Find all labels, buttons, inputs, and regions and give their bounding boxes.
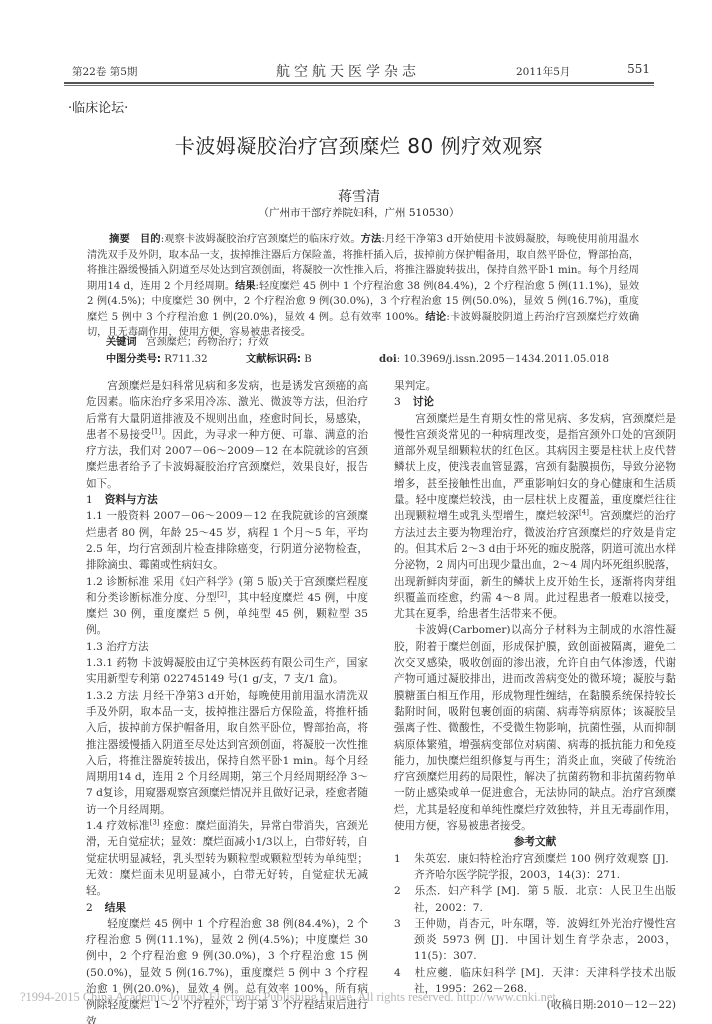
article-title: 卡波姆凝胶治疗宫颈糜烂 80 例疗效观察 (64, 130, 654, 159)
objective-text: :观察卡波姆凝胶治疗宫颈糜烂的临床疗效。 (161, 234, 361, 245)
citation-3: [3] (150, 818, 160, 826)
column-tag: ·临床论坛· (68, 97, 128, 116)
discussion-paragraph-2: 卡波姆(Carbomer)以高分子材料为主制成的水溶性凝胶，附着于糜烂创面，形成… (394, 622, 676, 834)
keywords-value: 宫颈糜烂；药物治疗；疗效 (146, 337, 268, 348)
reference-item: 2乐杰．妇产科学 [M]．第 5 版．北京：人民卫生出版社，2002：7. (394, 883, 676, 916)
intro-paragraph: 宫颈糜烂是妇科常见病和多发病，也是诱发宫颈癌的高危因素。临床治疗多采用冷冻、激光… (86, 378, 368, 492)
clc-number: 中图分类号: R711.32 (106, 350, 208, 365)
section-1-2: 1.2 诊断标准 采用《妇产科学》(第 5 版)关于宫颈糜烂程度和分类诊断标准分… (86, 574, 368, 639)
page-number: 551 (627, 62, 650, 76)
header-rule-thick (64, 82, 654, 84)
abstract-label: 摘要 (109, 234, 130, 245)
section-1-4: 1.4 疗效标准[3] 痊愈：糜烂面消失，异常白带消失，宫颈光滑，无自觉症状；显… (86, 818, 368, 899)
volume-issue: 第22卷 第5期 (72, 64, 137, 79)
right-column: 果判定。 3讨论 宫颈糜烂是生育期女性的常见病、多发病，宫颈糜烂是慢性宫颈炎常见… (394, 378, 676, 1014)
objective-label: 目的 (140, 234, 161, 245)
methods-label: 方法 (361, 234, 382, 245)
citation-2: [2] (217, 590, 227, 598)
reference-item: 3王仲勋，肖杏元，叶东曙，等．波姆红外光治疗慢性宫颈炎 5973 例 [J]．中… (394, 916, 676, 965)
citation-1: [1] (151, 427, 161, 435)
running-header: 第22卷 第5期 航空航天医学杂志 2011年5月 551 (64, 62, 654, 78)
keywords-label: 关键词 (106, 337, 137, 348)
journal-name: 航空航天医学杂志 (276, 61, 420, 81)
section-1-3-1: 1.3.1 药物 卡波姆凝胶由辽宁美林医药有限公司生产，国家实用新型专利第 02… (86, 655, 368, 688)
results-paragraph: 轻度糜烂 45 例中 1 个疗程治愈 38 例(84.4%)，2 个疗程治愈 5… (86, 916, 368, 1024)
section-1-heading: 1资料与方法 (86, 492, 368, 508)
author-name: 蒋雪清 (64, 186, 654, 206)
section-2-heading: 2结果 (86, 900, 368, 916)
discussion-paragraph-1: 宫颈糜烂是生育期女性的常见病、多发病，宫颈糜烂是慢性宫颈炎常见的一种病理改变，是… (394, 411, 676, 623)
doi: doi: 10.3969/j.issn.2095－1434.2011.05.01… (379, 350, 609, 365)
results-label: 结果 (235, 281, 255, 292)
copyright-footer: ?1994-2015 China Academic Journal Electr… (20, 990, 556, 1005)
results-continued: 果判定。 (394, 378, 676, 394)
section-3-heading: 3讨论 (394, 394, 676, 410)
keywords: 关键词 宫颈糜烂；药物治疗；疗效 (106, 333, 269, 348)
document-code: 文献标识码: B (246, 350, 312, 365)
section-1-3-2: 1.3.2 方法 月经干净第3 d开始，每晚使用前用温水清洗双手及外阴，取本品一… (86, 688, 368, 818)
references-heading: 参考文献 (394, 834, 676, 850)
section-1-1: 1.1 一般资料 2007－06～2009－12 在我院就诊的宫颈糜烂患者 80… (86, 508, 368, 573)
section-1-3: 1.3 治疗方法 (86, 639, 368, 655)
author-affiliation: （广州市干部疗养院妇科，广州 510530） (64, 205, 654, 220)
conclusion-label: 结论 (425, 312, 446, 323)
abstract: 摘要 目的:观察卡波姆凝胶治疗宫颈糜烂的临床疗效。方法:月经干净第3 d开始使用… (87, 232, 639, 341)
left-column: 宫颈糜烂是妇科常见病和多发病，也是诱发宫颈癌的高危因素。临床治疗多采用冷冻、激光… (86, 378, 368, 1024)
reference-item: 1朱英宏．康妇特栓治疗宫颈糜烂 100 例疗效观察 [J]．齐齐哈尔医学院学报，… (394, 851, 676, 884)
citation-4: [4] (579, 509, 589, 517)
issue-date: 2011年5月 (516, 64, 570, 79)
header-rule-thin (64, 85, 654, 86)
